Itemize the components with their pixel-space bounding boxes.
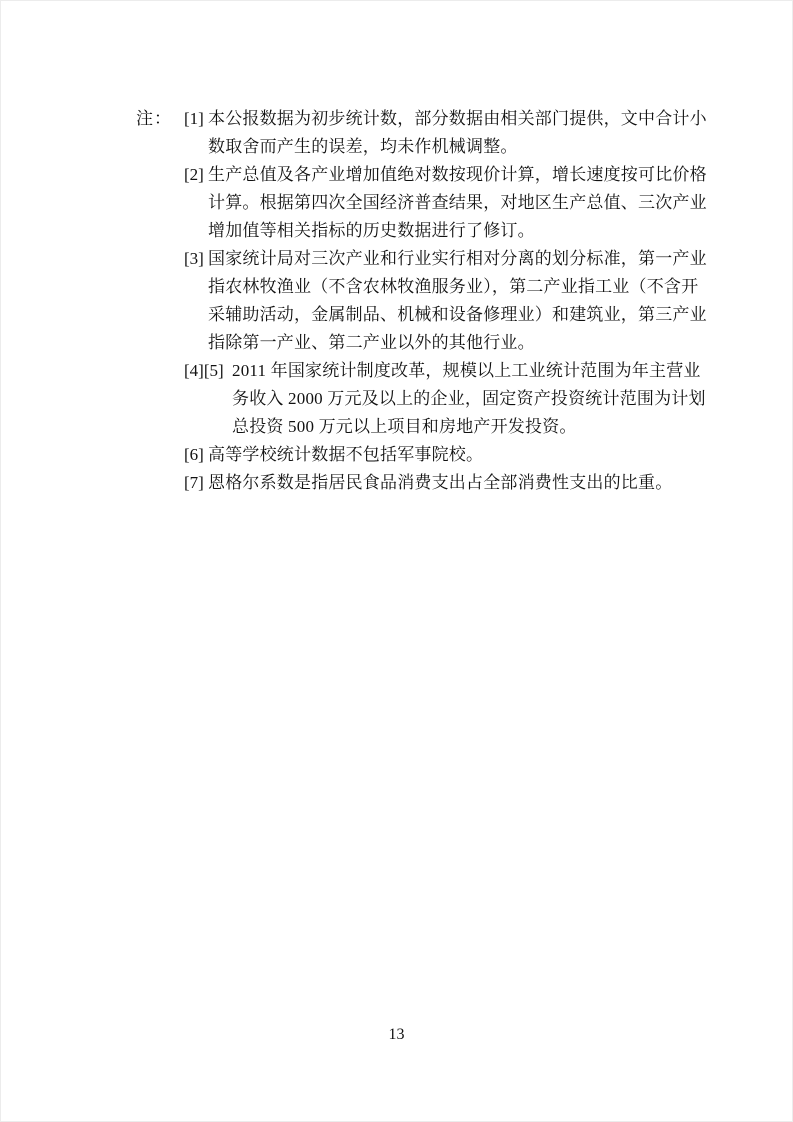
note-marker: [6] xyxy=(184,441,204,469)
note-marker: [3] xyxy=(184,245,204,273)
note-line: 本公报数据为初步统计数，部分数据由相关部门提供，文中合计小 xyxy=(208,105,689,133)
note-item: [3]国家统计局对三次产业和行业实行相对分离的划分标准，第一产业指农林牧渔业（不… xyxy=(184,245,689,357)
document-page: 注： [1]本公报数据为初步统计数，部分数据由相关部门提供，文中合计小数取舍而产… xyxy=(0,0,793,1122)
note-item: [6]高等学校统计数据不包括军事院校。 xyxy=(184,441,689,469)
note-line: 高等学校统计数据不包括军事院校。 xyxy=(208,441,689,469)
page-number: 13 xyxy=(1,1023,792,1047)
note-line: 指农林牧渔业（不含农林牧渔服务业），第二产业指工业（不含开 xyxy=(208,273,689,301)
note-item: [1]本公报数据为初步统计数，部分数据由相关部门提供，文中合计小数取舍而产生的误… xyxy=(184,105,689,161)
note-marker: [2] xyxy=(184,161,204,189)
notes-body: [1]本公报数据为初步统计数，部分数据由相关部门提供，文中合计小数取舍而产生的误… xyxy=(184,105,689,497)
note-line: 2011 年国家统计制度改革，规模以上工业统计范围为年主营业 xyxy=(232,357,689,385)
note-item: [7]恩格尔系数是指居民食品消费支出占全部消费性支出的比重。 xyxy=(184,469,689,497)
note-line: 恩格尔系数是指居民食品消费支出占全部消费性支出的比重。 xyxy=(208,469,689,497)
note-marker: [1] xyxy=(184,105,204,133)
note-line: 增加值等相关指标的历史数据进行了修订。 xyxy=(208,217,689,245)
notes-section: 注： [1]本公报数据为初步统计数，部分数据由相关部门提供，文中合计小数取舍而产… xyxy=(136,105,696,497)
note-line: 总投资 500 万元以上项目和房地产开发投资。 xyxy=(232,413,689,441)
note-line: 计算。根据第四次全国经济普查结果，对地区生产总值、三次产业 xyxy=(208,189,689,217)
note-marker: [4][5] xyxy=(184,357,224,385)
note-line: 采辅助活动，金属制品、机械和设备修理业）和建筑业，第三产业 xyxy=(208,301,689,329)
note-line: 务收入 2000 万元及以上的企业，固定资产投资统计范围为计划 xyxy=(232,385,689,413)
note-line: 生产总值及各产业增加值绝对数按现价计算，增长速度按可比价格 xyxy=(208,161,689,189)
note-item: [4][5]2011 年国家统计制度改革，规模以上工业统计范围为年主营业务收入 … xyxy=(184,357,689,441)
note-line: 国家统计局对三次产业和行业实行相对分离的划分标准，第一产业 xyxy=(208,245,689,273)
note-item: [2]生产总值及各产业增加值绝对数按现价计算，增长速度按可比价格计算。根据第四次… xyxy=(184,161,689,245)
note-line: 指除第一产业、第二产业以外的其他行业。 xyxy=(208,329,689,357)
notes-label: 注： xyxy=(136,105,172,133)
note-marker: [7] xyxy=(184,469,204,497)
note-line: 数取舍而产生的误差，均未作机械调整。 xyxy=(208,133,689,161)
